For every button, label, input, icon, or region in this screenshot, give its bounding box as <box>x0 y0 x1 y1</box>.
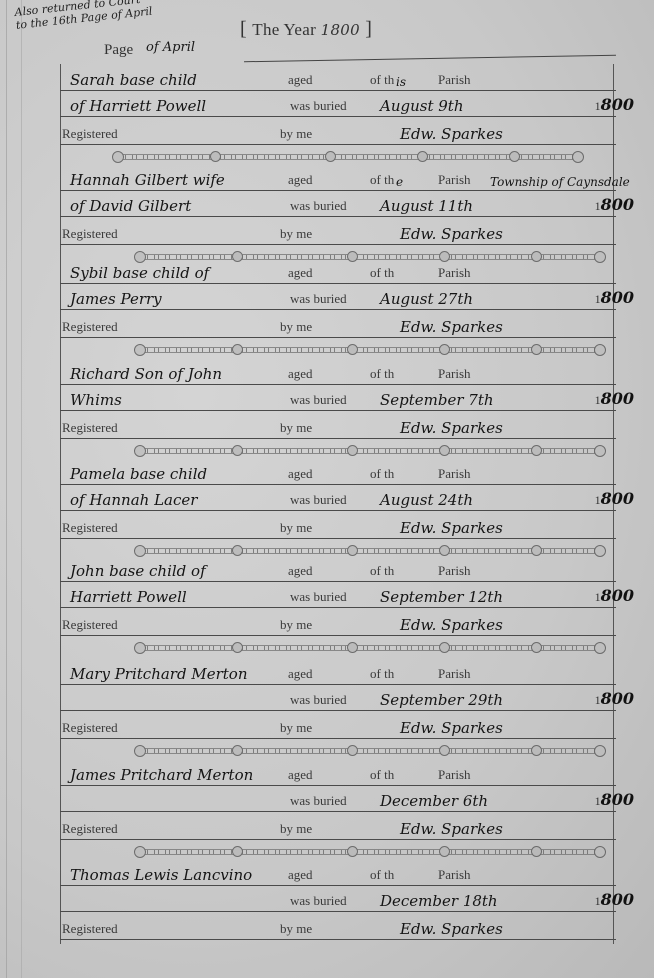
entry-name-row: John base child of aged of th Parish <box>60 557 616 582</box>
burial-entry: Hannah Gilbert wife aged of th e Parish … <box>60 162 616 258</box>
registered-label: Registered <box>62 226 118 242</box>
parish-label: Parish <box>438 172 471 188</box>
entry-name-row: James Pritchard Merton aged of th Parish <box>60 761 616 786</box>
chain-knot-ornament <box>439 642 450 653</box>
decorative-chain-divider <box>140 645 600 651</box>
of-the-label: of th <box>370 563 394 579</box>
entry-name-line-1: Pamela base child <box>70 465 207 483</box>
by-me-label: by me <box>280 921 312 937</box>
entry-registered-row: Registered by me Edw. Sparkes <box>60 120 616 145</box>
registered-label: Registered <box>62 420 118 436</box>
chain-knot-ornament <box>531 445 542 456</box>
parish-label: Parish <box>438 265 471 281</box>
entry-burial-row: of David Gilbert was buried August 11th … <box>60 192 616 217</box>
year-handwritten: 800 <box>601 790 634 809</box>
aged-label: aged <box>288 72 313 88</box>
year-handwritten: 800 <box>601 890 634 909</box>
registered-label: Registered <box>62 319 118 335</box>
entry-burial-row: was buried September 29th 1800 <box>60 686 616 711</box>
was-buried-label: was buried <box>290 893 347 909</box>
entry-name-line-2: James Perry <box>70 290 162 308</box>
burial-date: August 11th <box>380 197 473 215</box>
chain-knot-ornament <box>210 151 221 162</box>
entry-name-row: Richard Son of John aged of th Parish <box>60 360 616 385</box>
entry-burial-row: was buried December 6th 1800 <box>60 787 616 812</box>
entry-name-row: Sarah base child aged of th is Parish <box>60 66 616 91</box>
aged-label: aged <box>288 172 313 188</box>
entry-name-row: Hannah Gilbert wife aged of th e Parish … <box>60 166 616 191</box>
entry-registered-row: Registered by me Edw. Sparkes <box>60 714 616 739</box>
burial-entry: Sybil base child of aged of th Parish Ja… <box>60 255 616 351</box>
by-me-label: by me <box>280 319 312 335</box>
year-handwritten: 800 <box>601 389 634 408</box>
was-buried-label: was buried <box>290 692 347 708</box>
entry-burial-row: Whims was buried September 7th 1800 <box>60 386 616 411</box>
burial-entry: Thomas Lewis Lancvino aged of th Parish … <box>60 857 616 953</box>
decorative-chain-divider <box>140 448 600 454</box>
chain-knot-ornament <box>417 151 428 162</box>
burial-date: December 18th <box>380 892 498 910</box>
registered-label: Registered <box>62 520 118 536</box>
curate-signature: Edw. Sparkes <box>400 125 503 143</box>
of-the-label: of th <box>370 666 394 682</box>
entry-name-row: Thomas Lewis Lancvino aged of th Parish <box>60 861 616 886</box>
of-the-label: of th <box>370 867 394 883</box>
burial-date: December 6th <box>380 792 488 810</box>
burial-entry: James Pritchard Merton aged of th Parish… <box>60 757 616 853</box>
of-the-label: of th <box>370 366 394 382</box>
was-buried-label: was buried <box>290 291 347 307</box>
entry-name-line-1: Mary Pritchard Merton <box>70 665 247 683</box>
aged-label: aged <box>288 767 313 783</box>
chain-knot-ornament <box>347 846 358 857</box>
chain-knot-ornament <box>232 846 243 857</box>
of-the-label: of th <box>370 172 394 188</box>
chain-knot-ornament <box>232 745 243 756</box>
parish-label: Parish <box>438 72 471 88</box>
burial-entry: Pamela base child aged of th Parish of H… <box>60 456 616 552</box>
entry-burial-row: was buried December 18th 1800 <box>60 887 616 912</box>
was-buried-label: was buried <box>290 793 347 809</box>
aged-label: aged <box>288 366 313 382</box>
burial-year: 1800 <box>595 288 634 307</box>
was-buried-label: was buried <box>290 198 347 214</box>
entry-burial-row: James Perry was buried August 27th 1800 <box>60 285 616 310</box>
entry-registered-row: Registered by me Edw. Sparkes <box>60 815 616 840</box>
page-binding-edge <box>6 0 22 978</box>
burial-year: 1800 <box>595 389 634 408</box>
page-label: Page <box>104 42 133 59</box>
year-handwritten: 800 <box>601 195 634 214</box>
year-heading: [ The Year 1800 ] <box>240 18 372 41</box>
entry-burial-row: Harriett Powell was buried September 12t… <box>60 583 616 608</box>
entry-name-line-2: of Hannah Lacer <box>70 491 197 509</box>
entry-registered-row: Registered by me Edw. Sparkes <box>60 514 616 539</box>
burial-date: September 12th <box>380 588 503 606</box>
burial-date: August 9th <box>380 97 463 115</box>
page-header: Page of April [ The Year 1800 ] <box>74 18 619 62</box>
register-page: Also returned to Court to the 16th Page … <box>0 0 654 978</box>
of-the-label: of th <box>370 265 394 281</box>
chain-knot-ornament <box>347 642 358 653</box>
burial-entry: John base child of aged of th Parish Har… <box>60 553 616 649</box>
chain-knot-ornament <box>232 445 243 456</box>
chain-knot-ornament <box>439 846 450 857</box>
decorative-chain-divider <box>140 748 600 754</box>
burial-year: 1800 <box>595 890 634 909</box>
burial-date: September 29th <box>380 691 503 709</box>
burial-entry: Richard Son of John aged of th Parish Wh… <box>60 356 616 452</box>
burial-year: 1800 <box>595 586 634 605</box>
burial-date: August 24th <box>380 491 473 509</box>
entry-name-line-1: James Pritchard Merton <box>70 766 253 784</box>
year-heading-value: 1800 <box>321 21 360 39</box>
parish-label: Parish <box>438 666 471 682</box>
entry-name-line-1: Sarah base child <box>70 71 197 89</box>
decorative-chain-divider <box>140 347 600 353</box>
was-buried-label: was buried <box>290 98 347 114</box>
was-buried-label: was buried <box>290 492 347 508</box>
registered-label: Registered <box>62 126 118 142</box>
parish-label: Parish <box>438 466 471 482</box>
page-handwritten: of April <box>146 40 195 55</box>
by-me-label: by me <box>280 520 312 536</box>
chain-knot-ornament <box>531 344 542 355</box>
aged-label: aged <box>288 265 313 281</box>
year-heading-text: The Year <box>252 20 316 39</box>
entry-name-line-1: John base child of <box>70 562 206 580</box>
entry-registered-row: Registered by me Edw. Sparkes <box>60 915 616 940</box>
by-me-label: by me <box>280 126 312 142</box>
aged-label: aged <box>288 666 313 682</box>
year-handwritten: 800 <box>601 586 634 605</box>
registered-label: Registered <box>62 821 118 837</box>
curate-signature: Edw. Sparkes <box>400 318 503 336</box>
year-handwritten: 800 <box>601 288 634 307</box>
by-me-label: by me <box>280 226 312 242</box>
curate-signature: Edw. Sparkes <box>400 419 503 437</box>
burial-date: September 7th <box>380 391 494 409</box>
of-the-suffix: is <box>396 75 406 89</box>
curate-signature: Edw. Sparkes <box>400 719 503 737</box>
entry-registered-row: Registered by me Edw. Sparkes <box>60 611 616 636</box>
chain-knot-ornament <box>347 445 358 456</box>
curate-signature: Edw. Sparkes <box>400 519 503 537</box>
chain-knot-ornament <box>347 344 358 355</box>
entry-name-line-2: Harriett Powell <box>70 588 187 606</box>
parish-label: Parish <box>438 767 471 783</box>
of-the-suffix: e <box>396 175 403 189</box>
aged-label: aged <box>288 563 313 579</box>
chain-knot-ornament <box>232 642 243 653</box>
registered-label: Registered <box>62 720 118 736</box>
chain-knot-ornament <box>439 344 450 355</box>
burial-year: 1800 <box>595 489 634 508</box>
of-the-label: of th <box>370 767 394 783</box>
parish-label: Parish <box>438 366 471 382</box>
entry-name-line-1: Richard Son of John <box>70 365 222 383</box>
chain-knot-ornament <box>531 846 542 857</box>
chain-knot-ornament <box>325 151 336 162</box>
entry-burial-row: of Hannah Lacer was buried August 24th 1… <box>60 486 616 511</box>
burial-year: 1800 <box>595 790 634 809</box>
chain-knot-ornament <box>531 642 542 653</box>
decorative-chain-divider <box>118 154 578 160</box>
entry-name-row: Pamela base child aged of th Parish <box>60 460 616 485</box>
of-the-label: of th <box>370 466 394 482</box>
burial-date: August 27th <box>380 290 473 308</box>
aged-label: aged <box>288 867 313 883</box>
of-the-label: of th <box>370 72 394 88</box>
curate-signature: Edw. Sparkes <box>400 225 503 243</box>
curate-signature: Edw. Sparkes <box>400 920 503 938</box>
was-buried-label: was buried <box>290 392 347 408</box>
by-me-label: by me <box>280 420 312 436</box>
burial-entry: Mary Pritchard Merton aged of th Parish … <box>60 656 616 752</box>
parish-label: Parish <box>438 563 471 579</box>
entry-name-line-1: Sybil base child of <box>70 264 209 282</box>
burial-year: 1800 <box>595 689 634 708</box>
parish-label: Parish <box>438 867 471 883</box>
chain-knot-ornament <box>439 745 450 756</box>
year-handwritten: 800 <box>601 689 634 708</box>
entry-registered-row: Registered by me Edw. Sparkes <box>60 220 616 245</box>
year-handwritten: 800 <box>601 95 634 114</box>
entry-name-row: Sybil base child of aged of th Parish <box>60 259 616 284</box>
chain-knot-ornament <box>347 745 358 756</box>
aged-label: aged <box>288 466 313 482</box>
entry-name-line-1: Thomas Lewis Lancvino <box>70 866 252 884</box>
by-me-label: by me <box>280 821 312 837</box>
entry-name-line-2: of David Gilbert <box>70 197 191 215</box>
entry-name-line-2: of Harriett Powell <box>70 97 206 115</box>
chain-knot-ornament <box>439 445 450 456</box>
by-me-label: by me <box>280 720 312 736</box>
was-buried-label: was buried <box>290 589 347 605</box>
entry-registered-row: Registered by me Edw. Sparkes <box>60 313 616 338</box>
parish-value: Township of Caynsdale <box>490 175 630 189</box>
registered-label: Registered <box>62 921 118 937</box>
chain-knot-ornament <box>531 745 542 756</box>
year-handwritten: 800 <box>601 489 634 508</box>
curate-signature: Edw. Sparkes <box>400 820 503 838</box>
burial-year: 1800 <box>595 95 634 114</box>
chain-knot-ornament <box>509 151 520 162</box>
registered-label: Registered <box>62 617 118 633</box>
entry-burial-row: of Harriett Powell was buried August 9th… <box>60 92 616 117</box>
entry-registered-row: Registered by me Edw. Sparkes <box>60 414 616 439</box>
entry-name-line-2: Whims <box>70 391 122 409</box>
chain-knot-ornament <box>232 344 243 355</box>
curate-signature: Edw. Sparkes <box>400 616 503 634</box>
entry-name-line-1: Hannah Gilbert wife <box>70 171 225 189</box>
by-me-label: by me <box>280 617 312 633</box>
decorative-chain-divider <box>140 849 600 855</box>
burial-year: 1800 <box>595 195 634 214</box>
burial-entry: Sarah base child aged of th is Parish of… <box>60 62 616 158</box>
entry-name-row: Mary Pritchard Merton aged of th Parish <box>60 660 616 685</box>
